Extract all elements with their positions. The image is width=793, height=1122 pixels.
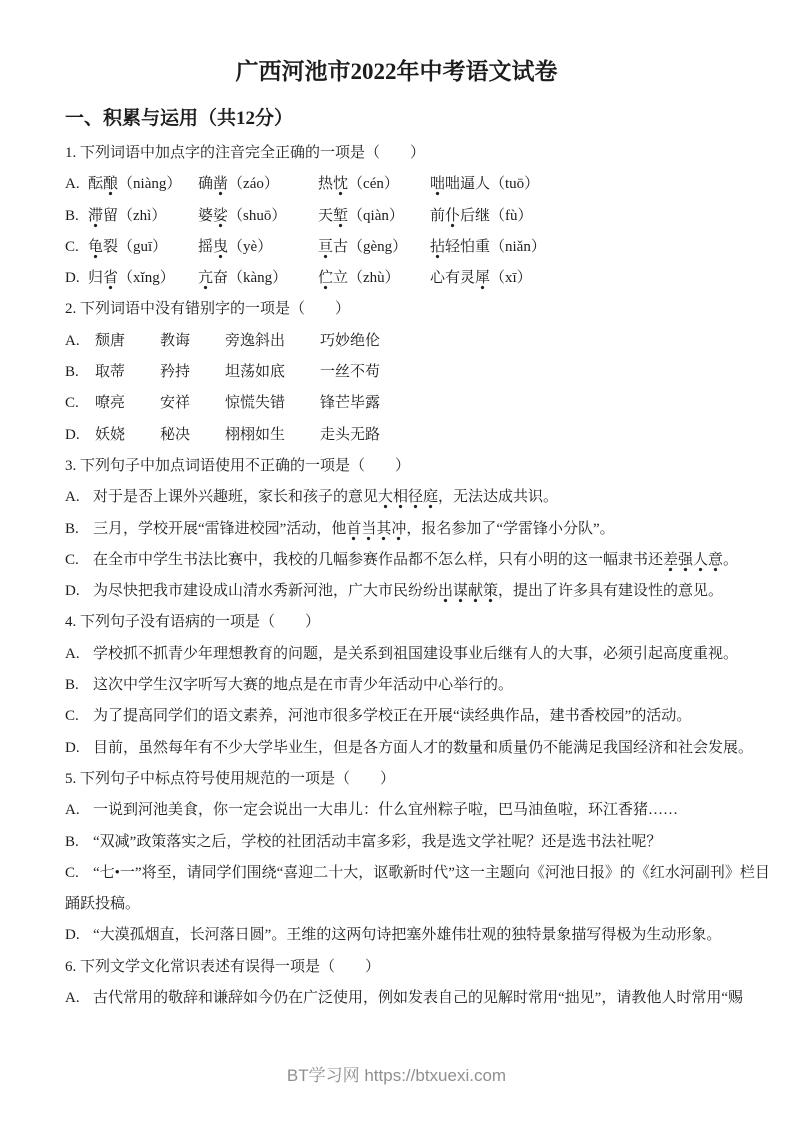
page-title: 广西河池市2022年中考语文试卷	[65, 54, 728, 90]
q3-stem: 3. 下列句子中加点词语使用不正确的一项是（ ）	[65, 451, 772, 482]
q1-option-b: B. 滞留（zhì） 婆娑（shuō） 天堑（qiàn） 前仆后继（fù）	[65, 201, 772, 232]
option-label: A.	[65, 639, 93, 670]
word-item: 咄咄逼人（tuō）	[430, 169, 772, 200]
q4-option-b: B.这次中学生汉字听写大赛的地点是在市青少年活动中心举行的。	[65, 670, 772, 701]
option-label: C.	[65, 701, 93, 732]
q5-option-d: D.“大漠孤烟直，长河落日圆”。王维的这两句诗把塞外雄伟壮观的独特景象描写得极为…	[65, 920, 772, 951]
word-item: 龟裂（guī）	[88, 232, 198, 263]
dotted-char: 娑	[213, 208, 228, 228]
q2-stem: 2. 下列词语中没有错别字的一项是（ ）	[65, 294, 772, 325]
question-4: 4. 下列句子没有语病的一项是（ ） A.学校抓不抓青少年理想教育的问题，是关系…	[65, 607, 772, 763]
option-label: A.	[65, 983, 93, 1014]
question-6: 6. 下列文学文化常识表述有误得一项是（ ） A.古代常用的敬辞和谦辞如今仍在广…	[65, 952, 772, 1015]
q5-option-a: A.一说到河池美食，你一定会说出一大串儿：什么宜州粽子啦，巴马油鱼啦，环江香猪……	[65, 795, 772, 826]
word-item: 教诲	[160, 326, 225, 357]
word-item: 婆娑（shuō）	[198, 201, 318, 232]
q4-option-d: D.目前，虽然每年有不少大学毕业生，但是各方面人才的数量和质量仍不能满足我国经济…	[65, 733, 772, 764]
dotted-char: 忱	[333, 176, 348, 196]
dotted-char: 酿	[103, 176, 118, 196]
word-item: 巧妙绝伦	[320, 326, 772, 357]
option-label: A.	[65, 482, 93, 513]
word-item: 亢奋（kàng）	[198, 263, 318, 294]
dotted-char: 仆	[445, 208, 460, 228]
word-item: 旁逸斜出	[225, 326, 320, 357]
word-item: 矜持	[160, 357, 225, 388]
option-label: B.	[65, 670, 93, 701]
q4-option-a: A.学校抓不抓青少年理想教育的问题，是关系到祖国建设事业后继有人的大事，必须引起…	[65, 639, 772, 670]
question-5: 5. 下列句子中标点符号使用规范的一项是（ ） A.一说到河池美食，你一定会说出…	[65, 764, 772, 952]
dotted-char: 曳	[213, 239, 228, 259]
word-item: 秘决	[160, 420, 225, 451]
word-item: 亘古（gèng）	[318, 232, 430, 263]
question-2: 2. 下列词语中没有错别字的一项是（ ） A. 颓唐 教诲 旁逸斜出 巧妙绝伦 …	[65, 294, 772, 450]
option-label: D.	[65, 733, 93, 764]
footer-site-link[interactable]: BT学习网 https://btxuexi.com	[287, 1066, 506, 1085]
q1-option-d: D. 归省（xǐng） 亢奋（kàng） 伫立（zhù） 心有灵犀（xī）	[65, 263, 772, 294]
option-label: B.	[65, 827, 93, 858]
option-label: D.	[65, 576, 93, 607]
option-label: D.	[65, 920, 93, 951]
dotted-char: 凿	[213, 176, 228, 196]
q6-stem: 6. 下列文学文化常识表述有误得一项是（ ）	[65, 952, 772, 983]
dotted-word: 差强人意	[663, 552, 723, 572]
q5-option-b: B.“双减”政策落实之后，学校的社团活动丰富多彩，我是选文学社呢？还是选书法社呢…	[65, 827, 772, 858]
dotted-char: 龟	[88, 239, 103, 259]
word-item: 滞留（zhì）	[88, 201, 198, 232]
exam-page: 广西河池市2022年中考语文试卷 一、积累与运用（共12分） 1. 下列词语中加…	[0, 0, 793, 1122]
dotted-char: 亘	[318, 239, 333, 259]
option-label: C.	[65, 545, 93, 576]
word-item: 伫立（zhù）	[318, 263, 430, 294]
section-heading: 一、积累与运用（共12分）	[65, 104, 772, 134]
word-item: 妖娆	[95, 420, 160, 451]
dotted-char: 省	[103, 270, 118, 290]
option-label: C.	[65, 388, 95, 419]
q3-option-d: D.为尽快把我市建设成山清水秀新河池，广大市民纷纷出谋献策，提出了许多具有建设性…	[65, 576, 772, 607]
q3-option-c: C.在全市中学生书法比赛中，我校的几幅参赛作品都不怎么样，只有小明的这一幅隶书还…	[65, 545, 772, 576]
word-item: 栩栩如生	[225, 420, 320, 451]
word-item: 前仆后继（fù）	[430, 201, 772, 232]
q5-stem: 5. 下列句子中标点符号使用规范的一项是（ ）	[65, 764, 772, 795]
option-label: D.	[65, 420, 95, 451]
q1-stem: 1. 下列词语中加点字的注音完全正确的一项是（ ）	[65, 138, 772, 169]
dotted-char: 犀	[475, 270, 490, 290]
word-item: 惊慌失错	[225, 388, 320, 419]
dotted-char: 亢	[198, 270, 213, 290]
q2-option-b: B. 取蒂 矜持 坦荡如底 一丝不苟	[65, 357, 772, 388]
word-item: 心有灵犀（xī）	[430, 263, 772, 294]
word-item: 取蒂	[95, 357, 160, 388]
dotted-word: 大相径庭	[378, 489, 438, 509]
q2-option-d: D. 妖娆 秘决 栩栩如生 走头无路	[65, 420, 772, 451]
q4-option-c: C.为了提高同学们的语文素养，河池市很多学校正在开展“读经典作品，建书香校园”的…	[65, 701, 772, 732]
word-item: 天堑（qiàn）	[318, 201, 430, 232]
q1-option-c: C. 龟裂（guī） 摇曳（yè） 亘古（gèng） 拈轻怕重（niǎn）	[65, 232, 772, 263]
option-label: A.	[65, 795, 93, 826]
option-label: B.	[65, 514, 93, 545]
q2-option-c: C. 嘹亮 安祥 惊慌失错 锋芒毕露	[65, 388, 772, 419]
word-item: 走头无路	[320, 420, 772, 451]
page-footer: BT学习网 https://btxuexi.com	[0, 1064, 793, 1088]
q3-option-a: A.对于是否上课外兴趣班，家长和孩子的意见大相径庭，无法达成共识。	[65, 482, 772, 513]
word-item: 酝酿（niàng）	[88, 169, 198, 200]
page-content: 广西河池市2022年中考语文试卷 一、积累与运用（共12分） 1. 下列词语中加…	[0, 0, 793, 1014]
option-label: A.	[65, 169, 88, 200]
word-item: 摇曳（yè）	[198, 232, 318, 263]
q2-option-a: A. 颓唐 教诲 旁逸斜出 巧妙绝伦	[65, 326, 772, 357]
dotted-char: 滞	[88, 208, 103, 228]
word-item: 拈轻怕重（niǎn）	[430, 232, 772, 263]
option-label: C.	[65, 232, 88, 263]
option-label: D.	[65, 263, 88, 294]
dotted-char: 堑	[333, 208, 348, 228]
question-3: 3. 下列句子中加点词语使用不正确的一项是（ ） A.对于是否上课外兴趣班，家长…	[65, 451, 772, 607]
q5-option-c: C.“七•一”将至，请同学们围绕“喜迎二十大，讴歌新时代”这一主题向《河池日报》…	[65, 858, 772, 921]
word-item: 热忱（cén）	[318, 169, 430, 200]
word-item: 嘹亮	[95, 388, 160, 419]
question-1: 1. 下列词语中加点字的注音完全正确的一项是（ ） A. 酝酿（niàng） 确…	[65, 138, 772, 294]
option-label: B.	[65, 357, 95, 388]
dotted-word: 出谋献策	[438, 583, 498, 603]
word-item: 确凿（záo）	[198, 169, 318, 200]
q4-stem: 4. 下列句子没有语病的一项是（ ）	[65, 607, 772, 638]
word-item: 安祥	[160, 388, 225, 419]
word-item: 坦荡如底	[225, 357, 320, 388]
dotted-char: 咄	[430, 176, 445, 196]
word-item: 一丝不苟	[320, 357, 772, 388]
option-label: A.	[65, 326, 95, 357]
dotted-char: 伫	[318, 270, 333, 290]
word-item: 颓唐	[95, 326, 160, 357]
dotted-char: 拈	[430, 239, 445, 259]
q3-option-b: B.三月，学校开展“雷锋进校园”活动，他首当其冲，报名参加了“学雷锋小分队”。	[65, 514, 772, 545]
q1-option-a: A. 酝酿（niàng） 确凿（záo） 热忱（cén） 咄咄逼人（tuō）	[65, 169, 772, 200]
option-label: C.	[65, 858, 93, 889]
dotted-word: 首当其冲	[346, 521, 406, 541]
q6-option-a: A.古代常用的敬辞和谦辞如今仍在广泛使用，例如发表自己的见解时常用“拙见”，请教…	[65, 983, 772, 1014]
word-item: 锋芒毕露	[320, 388, 772, 419]
word-item: 归省（xǐng）	[88, 263, 198, 294]
option-label: B.	[65, 201, 88, 232]
